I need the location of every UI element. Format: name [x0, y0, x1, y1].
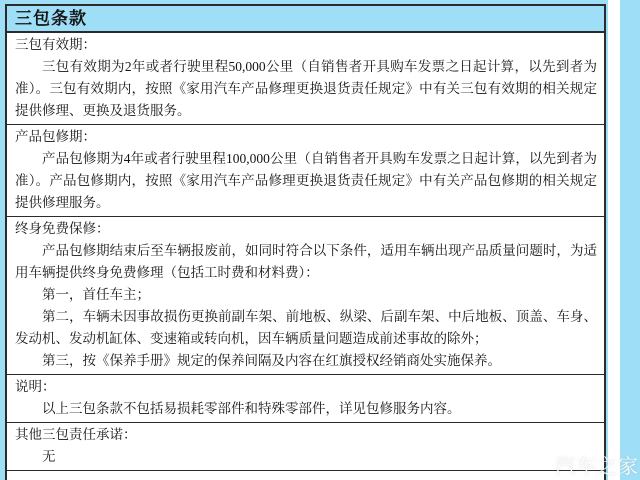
section-paragraph: 以上三包条款不包括易损耗零部件和特殊零部件，详见包修服务内容。	[15, 398, 597, 420]
section-heading: 说明：	[15, 376, 597, 398]
table-row: 终身免费保修： 产品包修期结束后至车辆报废前，如同时符合以下条件，适用车辆出现产…	[7, 217, 604, 375]
table-row: 说明： 以上三包条款不包括易损耗零部件和特殊零部件，详见包修服务内容。	[7, 375, 604, 423]
section-paragraph: 产品包修期为4年或者行驶里程100,000公里（自销售者开具购车发票之日起计算，…	[15, 148, 597, 214]
section-heading: 三包有效期：	[15, 34, 597, 56]
section-paragraph: 无	[15, 446, 597, 468]
warranty-terms-table: 三包条款 三包有效期： 三包有效期为2年或者行驶里程50,000公里（自销售者开…	[5, 4, 606, 480]
section-heading: 终身免费保修：	[15, 218, 597, 240]
section-paragraph: 第一，首任车主；	[15, 284, 597, 306]
table-row: 产品包修期： 产品包修期为4年或者行驶里程100,000公里（自销售者开具购车发…	[7, 125, 604, 217]
section-heading: 产品包修期：	[15, 126, 597, 148]
section-paragraph: 产品包修期结束后至车辆报废前，如同时符合以下条件，适用车辆出现产品质量问题时，为…	[15, 240, 597, 284]
table-body: 三包有效期： 三包有效期为2年或者行驶里程50,000公里（自销售者开具购车发票…	[7, 33, 604, 471]
section-paragraph: 第三，按《保养手册》规定的保养间隔及内容在红旗授权经销商处实施保养。	[15, 350, 597, 372]
table-title: 三包条款	[7, 6, 604, 33]
table-row: 三包有效期： 三包有效期为2年或者行驶里程50,000公里（自销售者开具购车发票…	[7, 33, 604, 125]
section-paragraph: 第二，车辆未因事故损伤更换前副车架、前地板、纵梁、后副车架、中后地板、顶盖、车身…	[15, 306, 597, 350]
page-right-margin	[608, 0, 620, 480]
section-paragraph: 三包有效期为2年或者行驶里程50,000公里（自销售者开具购车发票之日起计算，以…	[15, 56, 597, 122]
section-heading: 其他三包责任承诺：	[15, 424, 597, 446]
table-row: 其他三包责任承诺： 无	[7, 423, 604, 471]
warranty-terms-page: { "page": { "title": "三包条款", "sections":…	[0, 0, 640, 480]
